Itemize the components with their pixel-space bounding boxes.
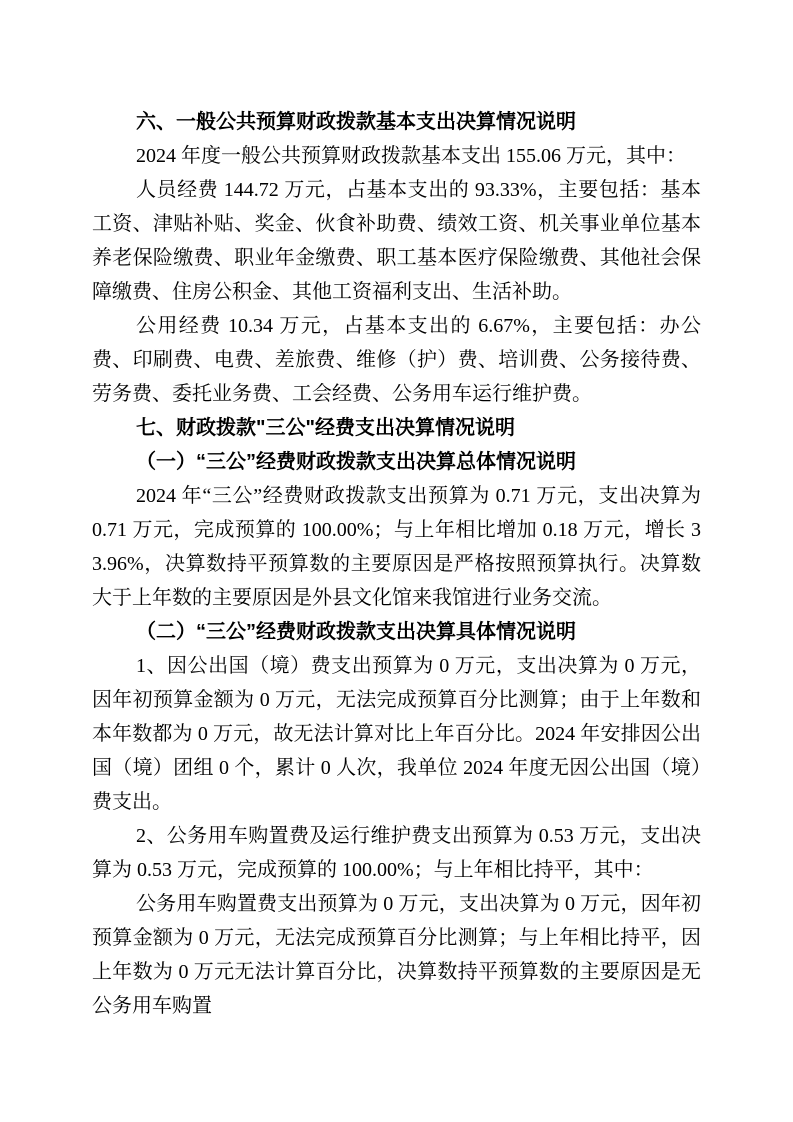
section-six-paragraph-total: 2024 年度一般公共预算财政拨款基本支出 155.06 万元，其中： — [92, 139, 701, 173]
section-six-paragraph-public: 公用经费 10.34 万元，占基本支出的 6.67%，主要包括：办公费、印刷费、… — [92, 309, 701, 411]
subsection-two-paragraph-vehicle-total: 2、公务用车购置费及运行维护费支出预算为 0.53 万元，支出决算为 0.53 … — [92, 819, 701, 887]
section-seven-heading: 七、财政拨款"三公"经费支出决算情况说明 — [92, 411, 701, 445]
document-content: 六、一般公共预算财政拨款基本支出决算情况说明 2024 年度一般公共预算财政拨款… — [92, 105, 701, 1023]
subsection-two-heading: （二）“三公”经费财政拨款支出决算具体情况说明 — [92, 615, 701, 649]
subsection-one-paragraph-overview: 2024 年“三公”经费财政拨款支出预算为 0.71 万元，支出决算为 0.71… — [92, 479, 701, 615]
subsection-two-paragraph-vehicle-purchase: 公务用车购置费支出预算为 0 万元，支出决算为 0 万元，因年初预算金额为 0 … — [92, 887, 701, 1023]
section-six-heading: 六、一般公共预算财政拨款基本支出决算情况说明 — [92, 105, 701, 139]
subsection-two-paragraph-abroad: 1、因公出国（境）费支出预算为 0 万元，支出决算为 0 万元，因年初预算金额为… — [92, 649, 701, 819]
subsection-one-heading: （一）“三公”经费财政拨款支出决算总体情况说明 — [92, 445, 701, 479]
document-page: 六、一般公共预算财政拨款基本支出决算情况说明 2024 年度一般公共预算财政拨款… — [0, 0, 793, 1122]
section-six-paragraph-personnel: 人员经费 144.72 万元，占基本支出的 93.33%，主要包括：基本工资、津… — [92, 173, 701, 309]
